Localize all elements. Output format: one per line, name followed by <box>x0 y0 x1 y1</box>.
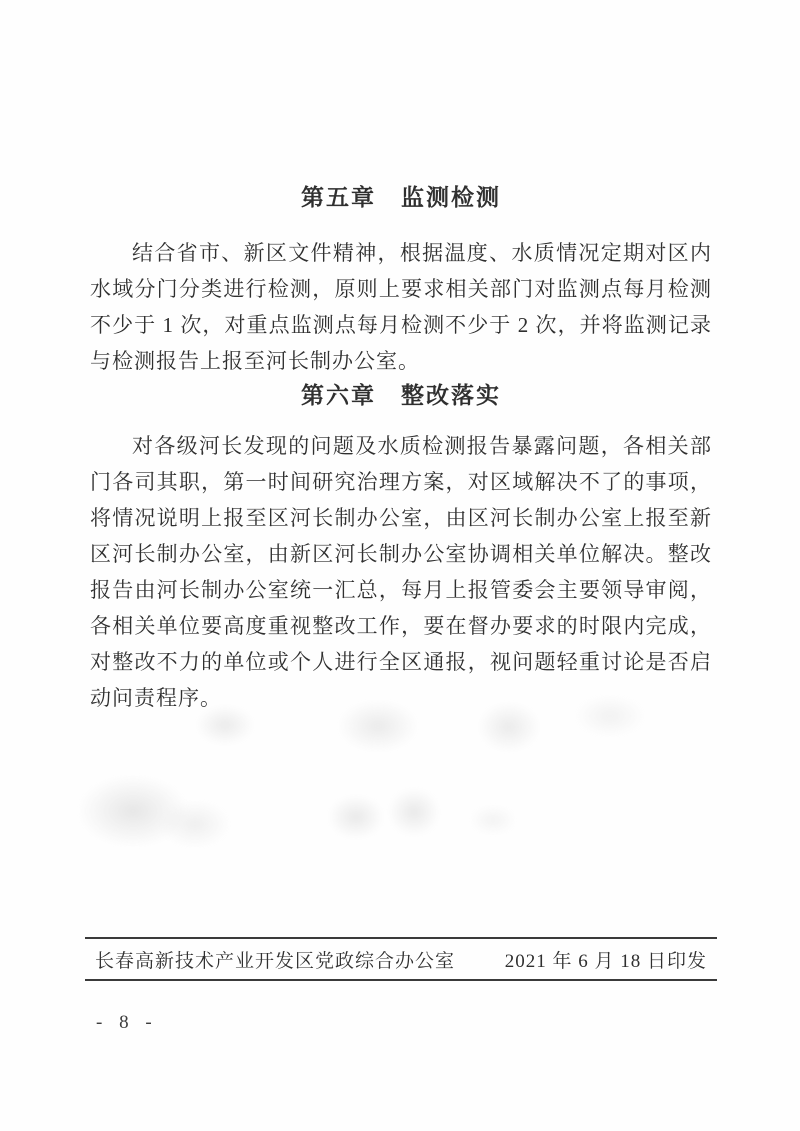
text-line: 与检测报告上报至河长制办公室。 <box>90 343 712 379</box>
print-date-label: 2021 年 6 月 18 日印发 <box>505 946 707 973</box>
text-line: 动问责程序。 <box>90 680 712 716</box>
text-line: 区河长制办公室，由新区河长制办公室协调相关单位解决。整改 <box>90 536 712 572</box>
document-body: 第五章 监测检测 结合省市、新区文件精神，根据温度、水质情况定期对区内 水域分门… <box>90 181 712 716</box>
scan-bleed-smudge <box>470 805 516 835</box>
page-number: - 8 - <box>96 1012 158 1034</box>
chapter-6-heading: 第六章 整改落实 <box>90 379 712 411</box>
chapter-6-paragraph: 对各级河长发现的问题及水质检测报告暴露问题，各相关部 门各司其职，第一时间研究治… <box>90 428 712 716</box>
text-line: 各相关单位要高度重视整改工作，要在督办要求的时限内完成， <box>90 608 712 644</box>
text-line: 对各级河长发现的问题及水质检测报告暴露问题，各相关部 <box>90 428 712 464</box>
scan-bleed-smudge <box>388 788 440 836</box>
scanned-document-page: 第五章 监测检测 结合省市、新区文件精神，根据温度、水质情况定期对区内 水域分门… <box>0 0 800 1131</box>
text-line: 不少于 1 次，对重点监测点每月检测不少于 2 次，并将监测记录 <box>90 307 712 343</box>
scan-bleed-smudge <box>160 800 230 848</box>
colophon-footer: 长春高新技术产业开发区党政综合办公室 2021 年 6 月 18 日印发 <box>85 937 717 981</box>
text-line: 结合省市、新区文件精神，根据温度、水质情况定期对区内 <box>90 235 712 271</box>
scan-bleed-smudge <box>78 775 188 847</box>
text-line: 对整改不力的单位或个人进行全区通报，视问题轻重讨论是否启 <box>90 644 712 680</box>
text-line: 报告由河长制办公室统一汇总，每月上报管委会主要领导审阅， <box>90 572 712 608</box>
issuing-office-label: 长春高新技术产业开发区党政综合办公室 <box>95 946 455 973</box>
text-line: 水域分门分类进行检测，原则上要求相关部门对监测点每月检测 <box>90 271 712 307</box>
chapter-5-heading: 第五章 监测检测 <box>90 181 712 213</box>
text-line: 门各司其职，第一时间研究治理方案，对区域解决不了的事项， <box>90 464 712 500</box>
scan-bleed-smudge <box>328 795 384 839</box>
text-line: 将情况说明上报至区河长制办公室，由区河长制办公室上报至新 <box>90 500 712 536</box>
chapter-5-paragraph: 结合省市、新区文件精神，根据温度、水质情况定期对区内 水域分门分类进行检测，原则… <box>90 235 712 379</box>
